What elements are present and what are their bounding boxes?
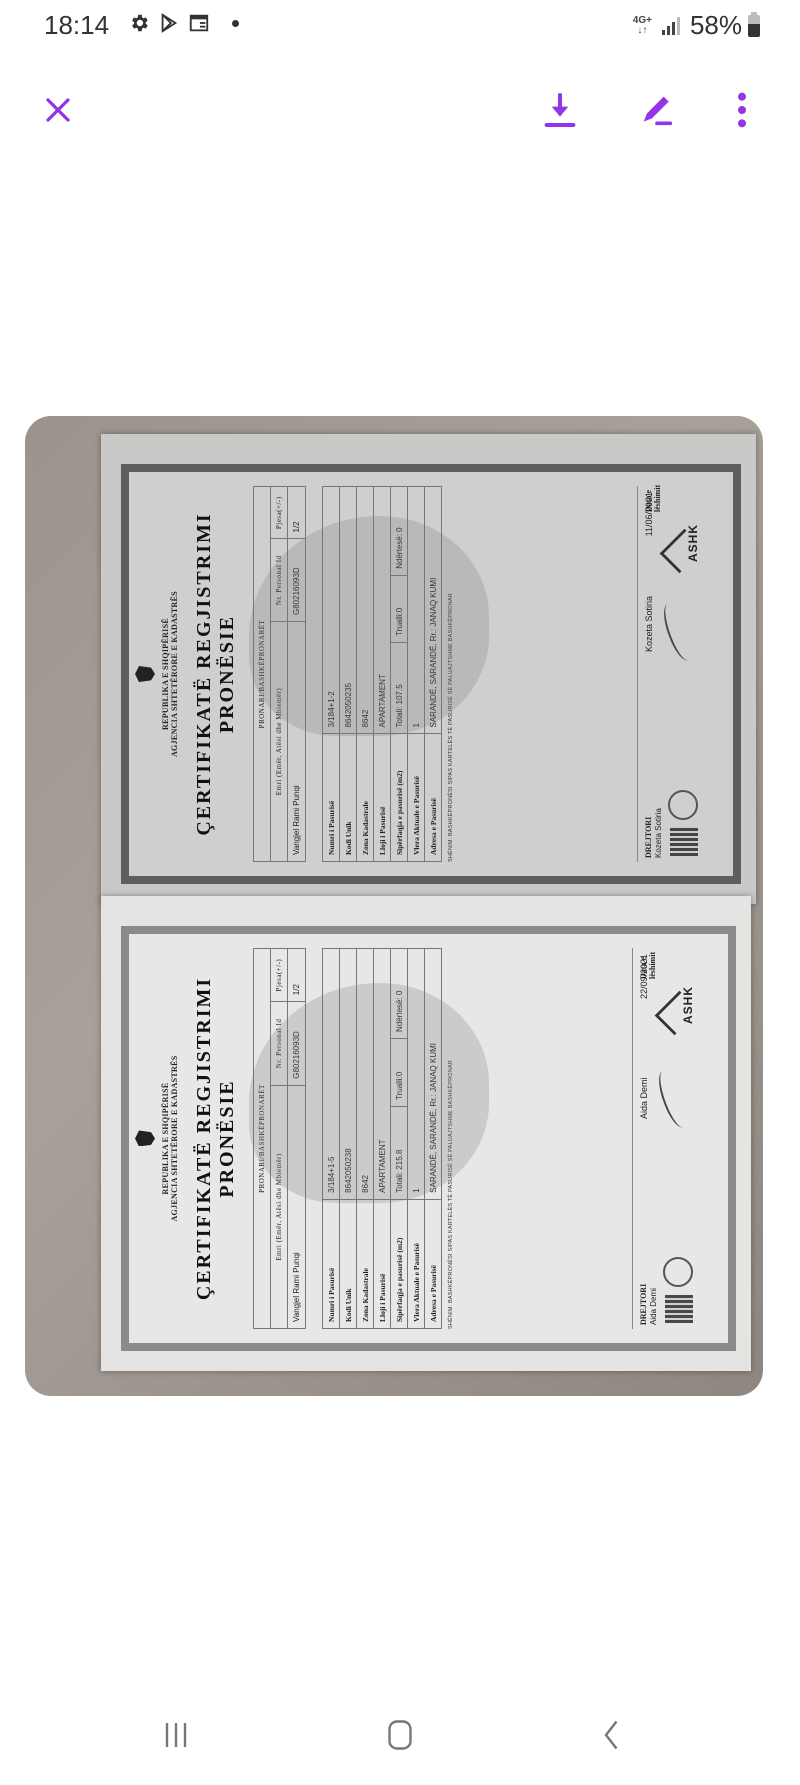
signature-stroke [658,600,697,663]
agency-title: AGJENCIA SHTETËRORE E KADASTRËS [170,486,179,862]
agency-title: AGJENCIA SHTETËRORE E KADASTRËS [170,948,179,1329]
official-seal-icon [668,790,698,820]
recent-apps-button[interactable] [146,1710,206,1760]
official-seal-icon [663,1257,693,1287]
pencil-icon [637,90,677,130]
back-chevron-icon [594,1717,630,1753]
status-bar: 18:14 4G+↓↑ 58% [0,0,800,52]
certificate-document-2: REPUBLIKA E SHQIPËRISË AGJENCIA SHTETËRO… [101,896,751,1371]
close-button[interactable] [32,84,84,136]
close-icon [43,95,73,125]
download-button[interactable] [534,84,586,136]
certificate-footer: DREJTORI Aida Demi Aida Demi Data e lësh… [632,948,710,1329]
qr-code-icon [665,1295,693,1323]
play-store-icon [158,12,180,34]
certificate-title: ÇERTIFIKATË REGJISTRIMI PRONËSIE [193,948,239,1329]
system-nav-bar [0,1680,800,1785]
director-name: Aida Demi [649,1288,658,1325]
issue-date: 11/06/2021 [644,492,654,536]
download-icon [540,90,580,130]
home-button[interactable] [370,1710,430,1760]
more-options-button[interactable] [716,84,768,136]
viewer-toolbar [0,70,800,150]
calendar-icon [188,12,210,34]
recent-apps-icon [158,1717,194,1753]
republic-title: REPUBLIKA E SHQIPËRISË [161,948,170,1329]
status-time: 18:14 [44,10,109,41]
network-type-icon: 4G+↓↑ [633,16,652,36]
owner-col-share: Pjesa(+/-) [271,487,288,540]
back-button[interactable] [582,1710,642,1760]
home-icon [382,1717,418,1753]
signature-stroke [653,1067,692,1130]
certificate-rotated-2: REPUBLIKA E SHQIPËRISË AGJENCIA SHTETËRO… [121,926,736,1351]
ashk-logo-text: ASHK [686,524,700,562]
republic-title: REPUBLIKA E SHQIPËRISË [161,486,170,862]
director-name: Kozeta Sotiria [654,808,663,858]
director-label: DREJTORI [644,817,653,858]
edit-button[interactable] [631,84,683,136]
certificate-rotated-1: REPUBLIKA E SHQIPËRISË AGJENCIA SHTETËRO… [121,464,741,884]
battery-icon [748,15,760,37]
status-system-icons: 4G+↓↑ 58% [633,10,760,41]
eagle-emblem-icon [135,1131,155,1147]
document-photo[interactable]: REPUBLIKA E SHQIPËRISË AGJENCIA SHTETËRO… [25,416,763,1396]
issue-date: 22/09/2021 [639,954,649,999]
signature: Aida Demi [639,1077,649,1119]
signal-icon [662,17,680,35]
seal-caption [667,1149,689,1249]
seal-caption [672,682,694,782]
notification-dot [232,20,239,27]
status-notification-icons [128,12,239,34]
gear-icon [128,12,150,34]
more-vertical-icon [727,90,757,130]
eagle-emblem-icon [135,666,155,682]
director-label: DREJTORI [639,1284,648,1325]
certificate-document-1: REPUBLIKA E SHQIPËRISË AGJENCIA SHTETËRO… [101,434,756,904]
certificate-footer: DREJTORI Kozeta Sotiria Kozeta Sotiria D… [637,486,715,862]
owner-share: 1/2 [288,949,306,1002]
qr-code-icon [670,828,698,856]
owner-col-share: Pjesa(+/-) [271,949,288,1002]
ashk-logo-text: ASHK [681,986,695,1024]
certificate-title: ÇERTIFIKATË REGJISTRIMI PRONËSIE [193,486,239,862]
owner-share: 1/2 [288,487,306,540]
signature: Kozeta Sotiria [644,596,654,652]
battery-percent: 58% [690,10,742,41]
